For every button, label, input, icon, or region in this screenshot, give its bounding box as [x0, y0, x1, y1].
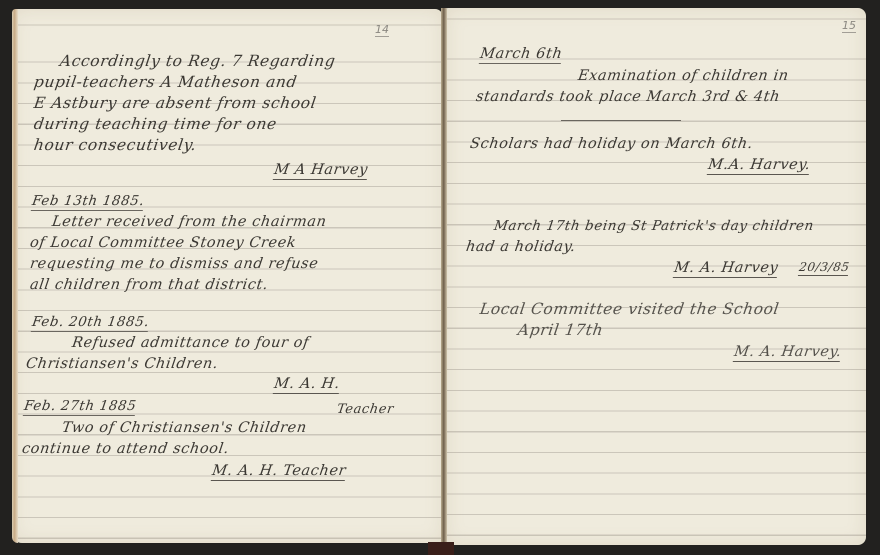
- entry-line: all children from that district.: [29, 277, 269, 293]
- right-page: 15 March 6th Examination of children in …: [446, 8, 866, 545]
- entry-line: during teaching time for one: [33, 115, 278, 133]
- signature: M. A. Harvey.: [733, 344, 843, 362]
- entry-line: Two of Christiansen's Children: [61, 420, 308, 436]
- entry-line: had a holiday.: [465, 239, 577, 255]
- entry-line: pupil-teachers A Matheson and: [33, 73, 299, 91]
- entry-line: March 17th being St Patrick's day childr…: [493, 218, 815, 234]
- book-spine: [428, 542, 454, 555]
- entry-line: E Astbury are absent from school: [33, 94, 318, 112]
- entry-line: requesting me to dismiss and refuse: [29, 256, 320, 272]
- entry-line: Refused admittance to four of: [71, 335, 310, 351]
- entry-line: Scholars had holiday on March 6th.: [469, 136, 754, 152]
- signature: M.A. Harvey.: [707, 157, 812, 175]
- entry-line: April 17th: [517, 321, 605, 339]
- left-page: 14 Accordingly to Reg. 7 Regarding pupil…: [12, 9, 443, 543]
- signature: M. A. H. Teacher: [211, 463, 347, 481]
- book-gutter: [441, 8, 447, 548]
- entry-date: March 6th: [479, 46, 564, 64]
- entry-date: Feb. 20th 1885.: [31, 314, 151, 332]
- separator-line: [561, 120, 681, 121]
- page-edge: [12, 9, 18, 543]
- entry-line: Accordingly to Reg. 7 Regarding: [59, 52, 337, 70]
- signature-date: 20/3/85: [798, 260, 851, 276]
- entry-line: Christiansen's Children.: [25, 356, 219, 372]
- signature: M A Harvey: [273, 162, 369, 180]
- signature: M. A. Harvey: [673, 260, 780, 278]
- page-number-right: 15: [842, 19, 856, 33]
- signature-title: Teacher: [336, 402, 395, 417]
- signature: M. A. H.: [273, 376, 341, 394]
- entry-line: Letter received from the chairman: [51, 214, 328, 230]
- entry-line: Local Committee visited the School: [479, 300, 781, 318]
- entry-line: of Local Committee Stoney Creek: [29, 235, 297, 251]
- page-number-left: 14: [375, 23, 389, 37]
- entry-line: continue to attend school.: [21, 441, 230, 457]
- entry-date: Feb. 27th 1885: [23, 398, 138, 416]
- entry-date: Feb 13th 1885.: [31, 193, 146, 211]
- entry-line: standards took place March 3rd & 4th: [475, 89, 781, 105]
- entry-line: hour consecutively.: [33, 136, 198, 154]
- entry-line: Examination of children in: [577, 68, 790, 84]
